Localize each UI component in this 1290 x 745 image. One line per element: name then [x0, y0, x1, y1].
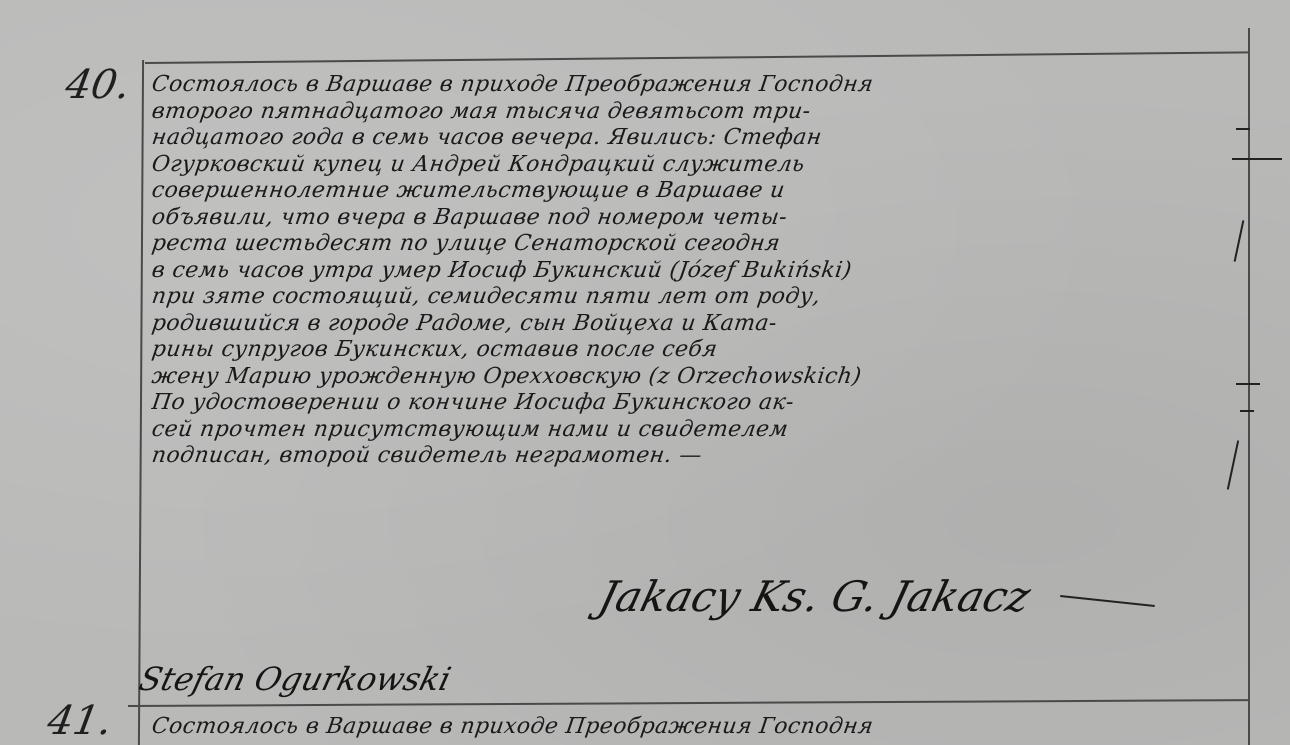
- text-line: надцатого года в семь часов вечера. Явил…: [150, 125, 1244, 152]
- margin-dash-mark: [1240, 410, 1254, 412]
- text-line: в семь часов утра умер Иосиф Букинский (…: [150, 258, 1244, 285]
- entry-41-top-rule: [128, 699, 1248, 707]
- registry-page: 40. Состоялось в Варшаве в приходе Преоб…: [0, 0, 1290, 745]
- entry-41-text: Состоялось в Варшаве в приходе Преображе…: [150, 714, 1240, 741]
- text-line: По удостоверении о кончине Иосифа Букинс…: [150, 390, 1244, 417]
- text-line: реста шестьдесят по улице Сенаторской се…: [150, 231, 1244, 258]
- entry-number-41: 41.: [44, 698, 116, 744]
- text-line: при зяте состоящий, семидесяти пяти лет …: [150, 284, 1244, 311]
- text-line: совершеннолетние жительствующие в Варшав…: [150, 178, 1244, 205]
- text-line: сей прочтен присутствующим нами и свидет…: [150, 417, 1244, 444]
- official-signature: Jakacy Ks. G. Jakacz: [594, 572, 1036, 621]
- margin-dash-mark: [1232, 158, 1282, 160]
- entry-40-text: Состоялось в Варшаве в приходе Преображе…: [150, 72, 1240, 470]
- entry-40-top-rule: [145, 51, 1250, 64]
- text-line: рины супругов Букинских, оставив после с…: [150, 337, 1244, 364]
- margin-dash-mark: [1236, 128, 1250, 130]
- text-line: Огурковский купец и Андрей Кондрацкий сл…: [150, 152, 1244, 179]
- text-line: объявили, что вчера в Варшаве под номеро…: [150, 205, 1244, 232]
- text-line: Состоялось в Варшаве в приходе Преображе…: [150, 714, 1244, 741]
- text-line: жену Марию урожденную Орехховскую (z Orz…: [150, 364, 1244, 391]
- witness-signature: Stefan Ogurkowski: [135, 660, 455, 698]
- text-line: второго пятнадцатого мая тысяча девятьсо…: [150, 99, 1244, 126]
- left-margin-rule: [138, 60, 144, 745]
- margin-dash-mark: [1236, 383, 1260, 385]
- text-line: подписан, второй свидетель неграмотен. —: [150, 443, 1244, 470]
- text-line: родившийся в городе Радоме, сын Войцеха …: [150, 311, 1244, 338]
- entry-number-40: 40.: [62, 62, 134, 108]
- right-margin-rule: [1248, 28, 1250, 745]
- signature-flourish: [1060, 595, 1155, 607]
- text-line: Состоялось в Варшаве в приходе Преображе…: [150, 72, 1244, 99]
